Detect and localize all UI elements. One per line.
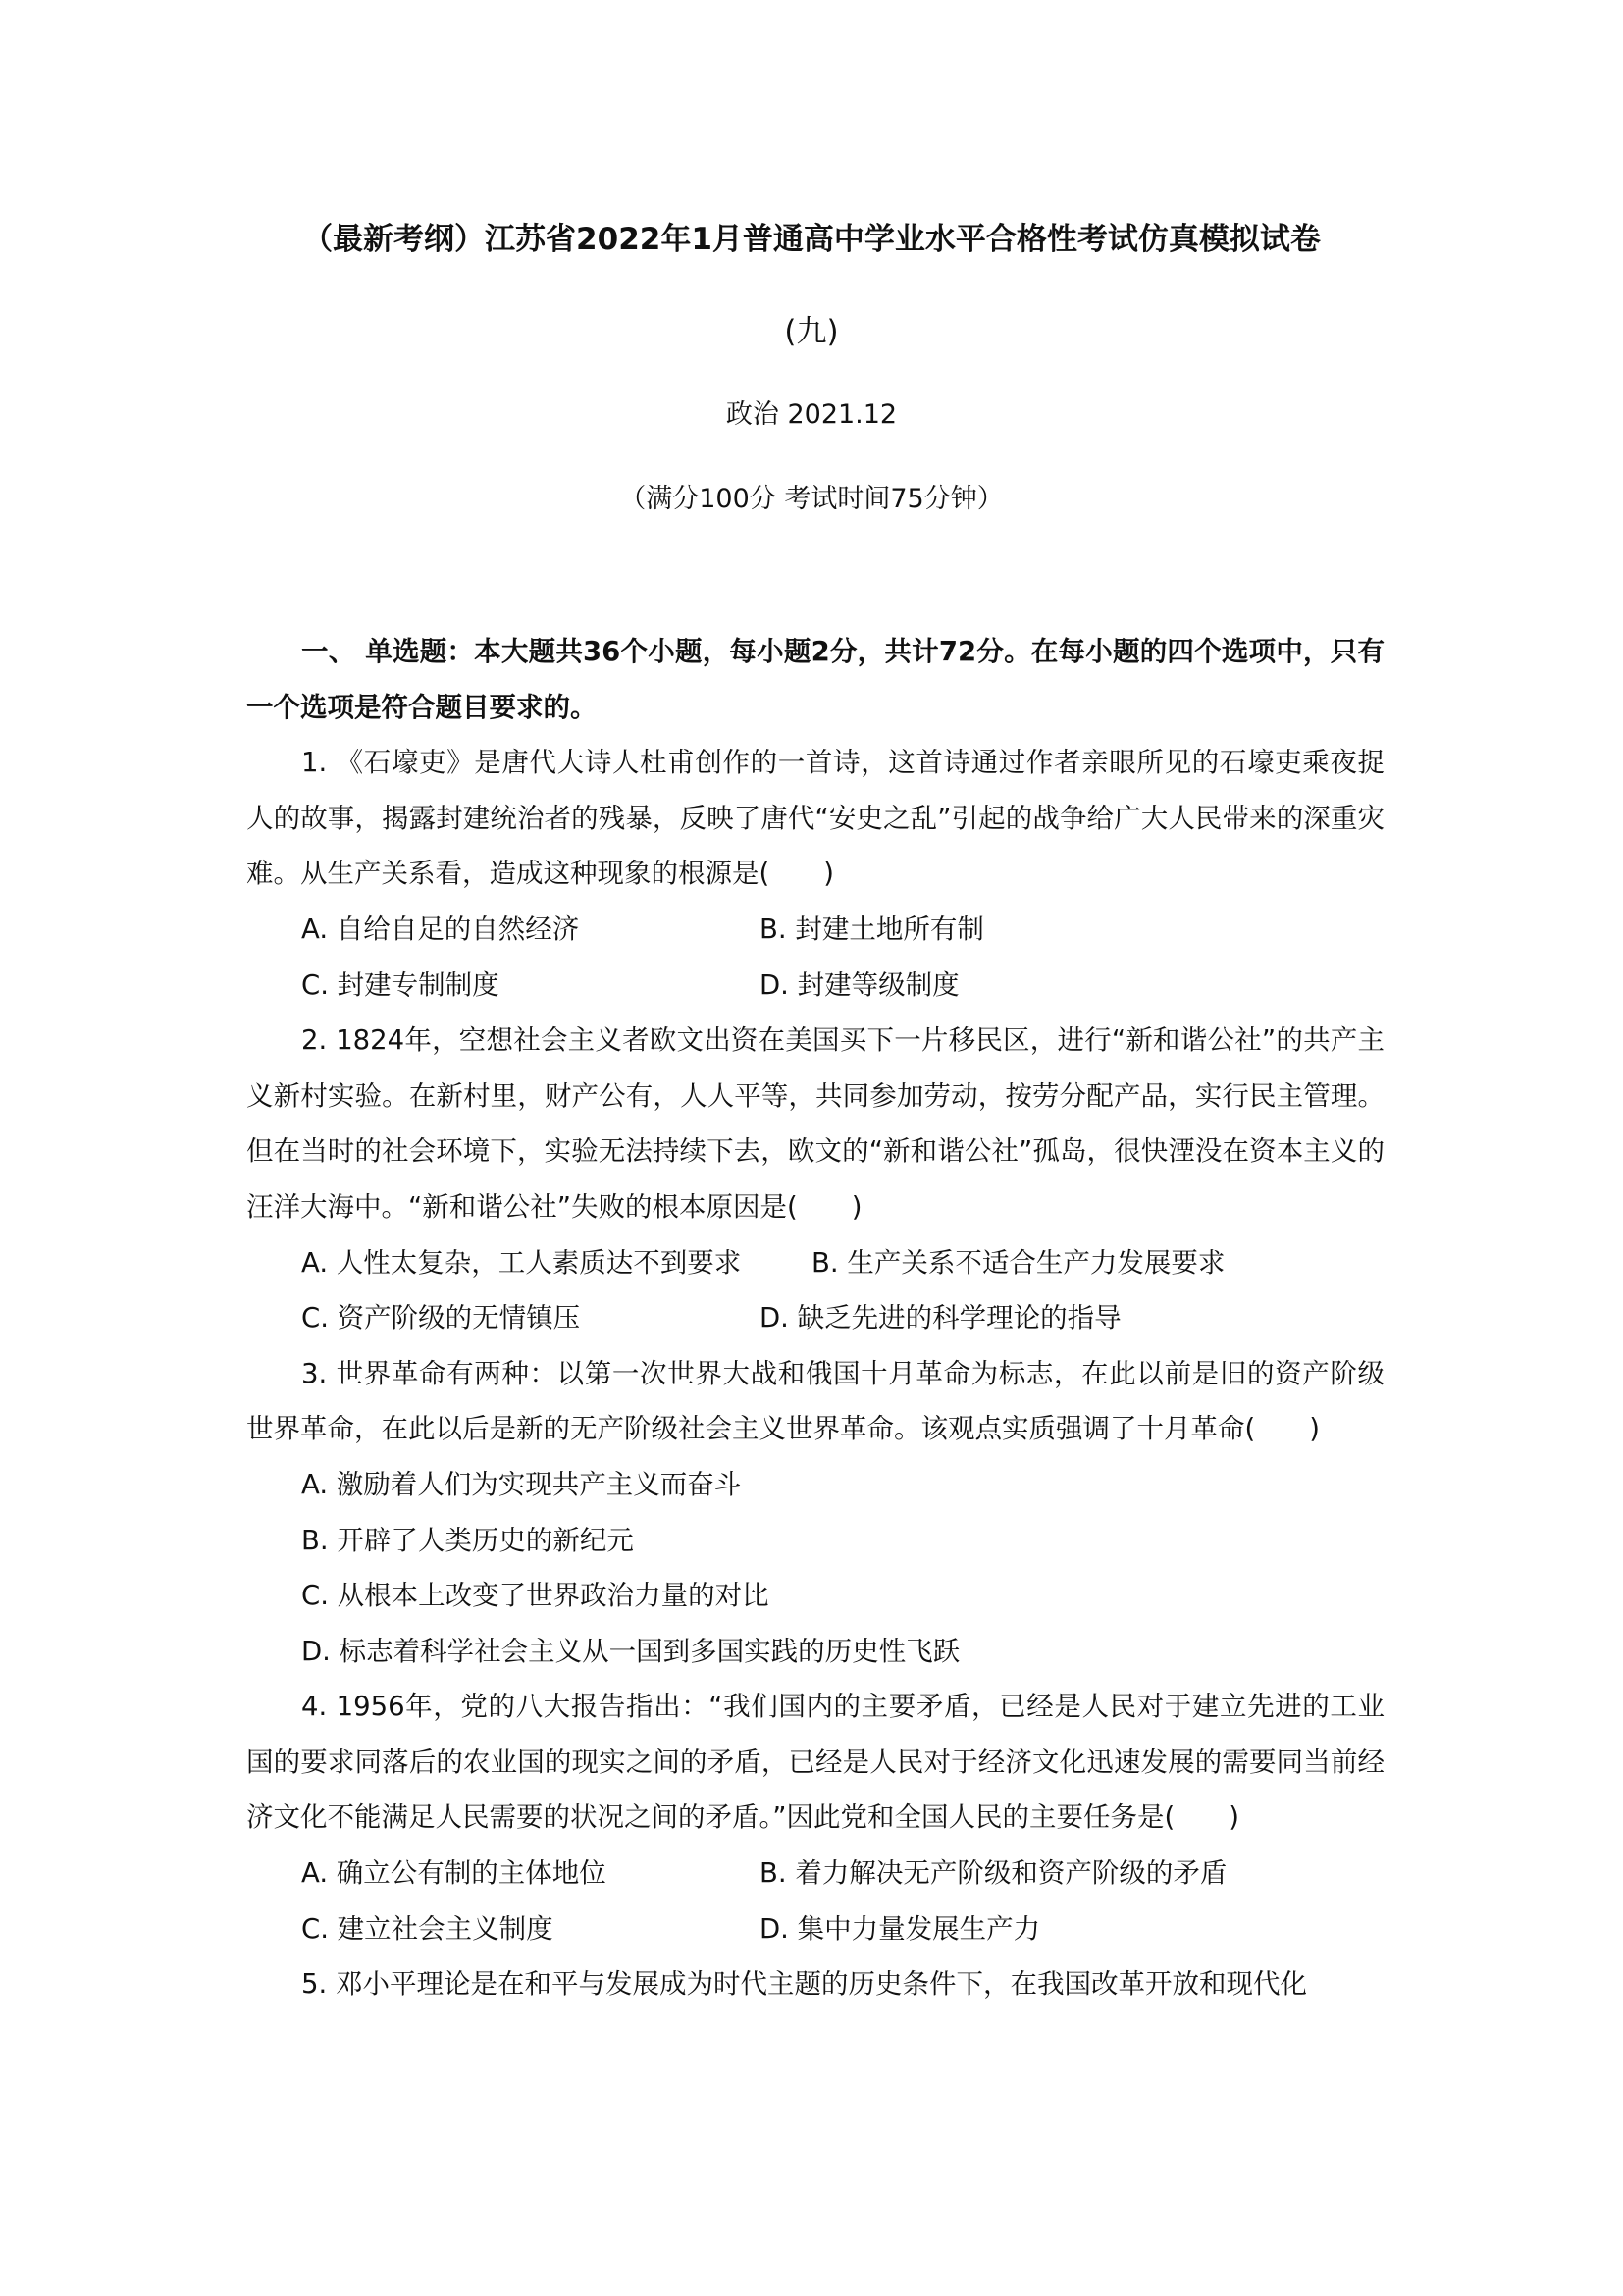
option-c: C. 从根本上改变了世界政治力量的对比: [246, 1568, 1385, 1624]
option-c: C. 资产阶级的无情镇压: [301, 1290, 759, 1346]
question-stem: 3. 世界革命有两种：以第一次世界大战和俄国十月革命为标志，在此以前是旧的资产阶…: [246, 1346, 1385, 1457]
option-b: B. 封建土地所有制: [759, 902, 984, 958]
exam-info: （满分100分 考试时间75分钟）: [196, 477, 1427, 515]
question-stem: 5. 邓小平理论是在和平与发展成为时代主题的历史条件下，在我国改革开放和现代化: [246, 1957, 1385, 2012]
question-stem: 1. 《石壕吏》是唐代大诗人杜甫创作的一首诗，这首诗通过作者亲眼所见的石壕吏乘夜…: [246, 735, 1385, 902]
option-b: B. 开辟了人类历史的新纪元: [246, 1513, 1385, 1569]
options-row: C. 封建专制制度 D. 封建等级制度: [246, 958, 1385, 1014]
option-a: A. 激励着人们为实现共产主义而奋斗: [246, 1457, 1385, 1513]
option-b: B. 着力解决无产阶级和资产阶级的矛盾: [759, 1846, 1227, 1902]
options-row: C. 资产阶级的无情镇压 D. 缺乏先进的科学理论的指导: [246, 1290, 1385, 1346]
option-d: D. 集中力量发展生产力: [759, 1902, 1040, 1957]
question-3: 3. 世界革命有两种：以第一次世界大战和俄国十月革命为标志，在此以前是旧的资产阶…: [246, 1346, 1385, 1680]
section-heading: 一、 单选题：本大题共36个小题，每小题2分，共计72分。在每小题的四个选项中，…: [246, 624, 1385, 735]
question-2: 2. 1824年，空想社会主义者欧文出资在美国买下一片移民区，进行“新和谐公社”…: [246, 1013, 1385, 1346]
question-5: 5. 邓小平理论是在和平与发展成为时代主题的历史条件下，在我国改革开放和现代化: [246, 1957, 1385, 2012]
question-stem: 2. 1824年，空想社会主义者欧文出资在美国买下一片移民区，进行“新和谐公社”…: [246, 1013, 1385, 1234]
option-b: B. 生产关系不适合生产力发展要求: [811, 1235, 1225, 1291]
option-d: D. 缺乏先进的科学理论的指导: [759, 1290, 1122, 1346]
exam-title-volume: (九): [196, 306, 1427, 350]
option-a: A. 人性太复杂，工人素质达不到要求: [301, 1235, 811, 1291]
options-row: A. 自给自足的自然经济 B. 封建土地所有制: [246, 902, 1385, 958]
option-c: C. 建立社会主义制度: [301, 1902, 759, 1957]
options-row: C. 建立社会主义制度 D. 集中力量发展生产力: [246, 1902, 1385, 1957]
subject-date: 政治 2021.12: [196, 392, 1427, 431]
option-d: D. 标志着科学社会主义从一国到多国实践的历史性飞跃: [246, 1624, 1385, 1680]
exam-page: （最新考纲）江苏省2022年1月普通高中学业水平合格性考试仿真模拟试卷 (九) …: [0, 0, 1623, 2296]
option-c: C. 封建专制制度: [301, 958, 759, 1014]
option-d: D. 封建等级制度: [759, 958, 960, 1014]
options-row: A. 确立公有制的主体地位 B. 着力解决无产阶级和资产阶级的矛盾: [246, 1846, 1385, 1902]
question-1: 1. 《石壕吏》是唐代大诗人杜甫创作的一首诗，这首诗通过作者亲眼所见的石壕吏乘夜…: [246, 735, 1385, 1013]
option-a: A. 自给自足的自然经济: [301, 902, 759, 958]
options-row: A. 人性太复杂，工人素质达不到要求 B. 生产关系不适合生产力发展要求: [246, 1235, 1385, 1291]
exam-body: 一、 单选题：本大题共36个小题，每小题2分，共计72分。在每小题的四个选项中，…: [246, 624, 1385, 2012]
question-4: 4. 1956年，党的八大报告指出：“我们国内的主要矛盾，已经是人民对于建立先进…: [246, 1679, 1385, 1957]
option-a: A. 确立公有制的主体地位: [301, 1846, 759, 1902]
exam-title: （最新考纲）江苏省2022年1月普通高中学业水平合格性考试仿真模拟试卷: [196, 214, 1427, 258]
question-stem: 4. 1956年，党的八大报告指出：“我们国内的主要矛盾，已经是人民对于建立先进…: [246, 1679, 1385, 1846]
